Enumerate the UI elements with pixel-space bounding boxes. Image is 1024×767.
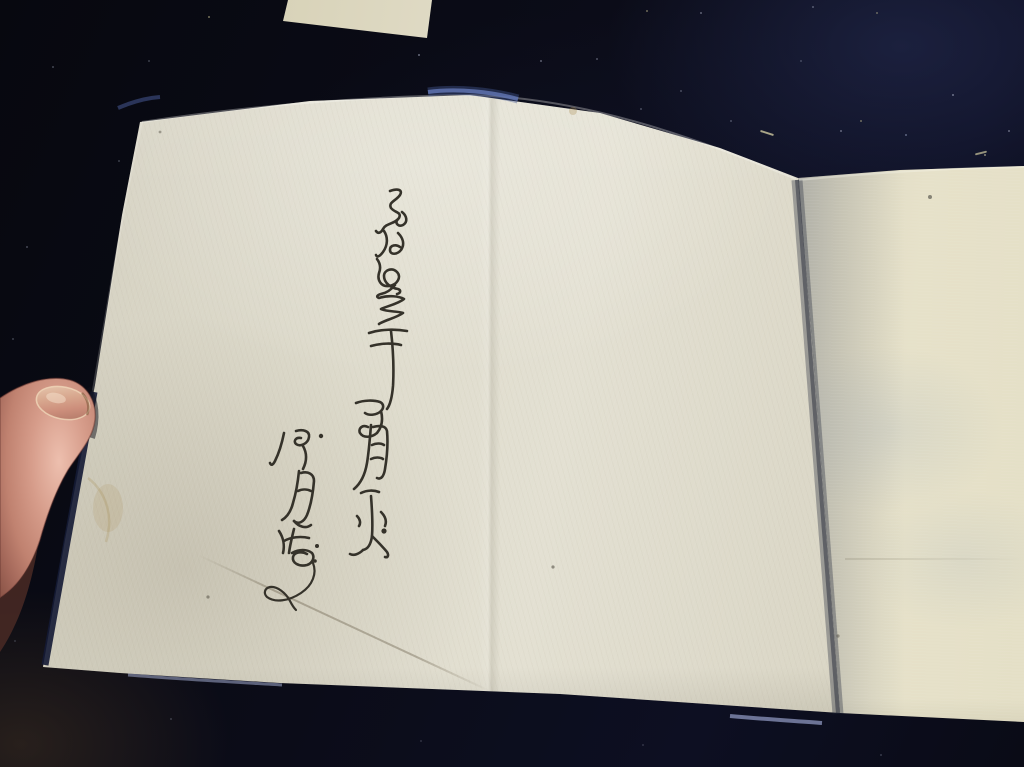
photo-stage: Antique Japanese book (indigo cover) ope… — [0, 0, 1024, 767]
ink-flourish-tail — [265, 563, 315, 610]
indigo-cover-sliver-topleft — [118, 97, 160, 108]
ink-signature-glyph — [282, 471, 299, 520]
ink-glyph-ka — [376, 231, 387, 256]
indigo-cover-sliver-bottom — [730, 716, 822, 723]
ink-signature-glyph — [292, 550, 313, 566]
ink-glyph-motomu — [361, 491, 379, 493]
page-edge-highlights — [44, 95, 1024, 666]
ink-blob — [381, 528, 386, 533]
ink-glyph-motomu — [363, 496, 372, 550]
ink-glyph-gatsu — [371, 444, 384, 460]
indigo-cover-sliver-bottomleft — [128, 675, 282, 685]
gutter-fold-shadow — [797, 180, 838, 714]
ink-dot — [319, 434, 323, 438]
calligraphy-date-column — [350, 190, 407, 558]
foxing-stains — [88, 107, 932, 638]
photo-detail-overlay — [0, 0, 1024, 767]
thumb — [0, 378, 95, 652]
calligraphy-signature-column — [265, 430, 323, 610]
ink-glyph-nen — [369, 330, 407, 346]
ink-glyph-kou — [376, 190, 401, 233]
ink-signature-glyph — [270, 433, 284, 465]
ink-glyph-ka — [390, 233, 403, 254]
indigo-cover-slivers — [45, 90, 822, 723]
ink-signature-glyph — [295, 430, 309, 469]
ink-glyph-yon — [377, 259, 400, 294]
ink-dot — [315, 544, 319, 548]
